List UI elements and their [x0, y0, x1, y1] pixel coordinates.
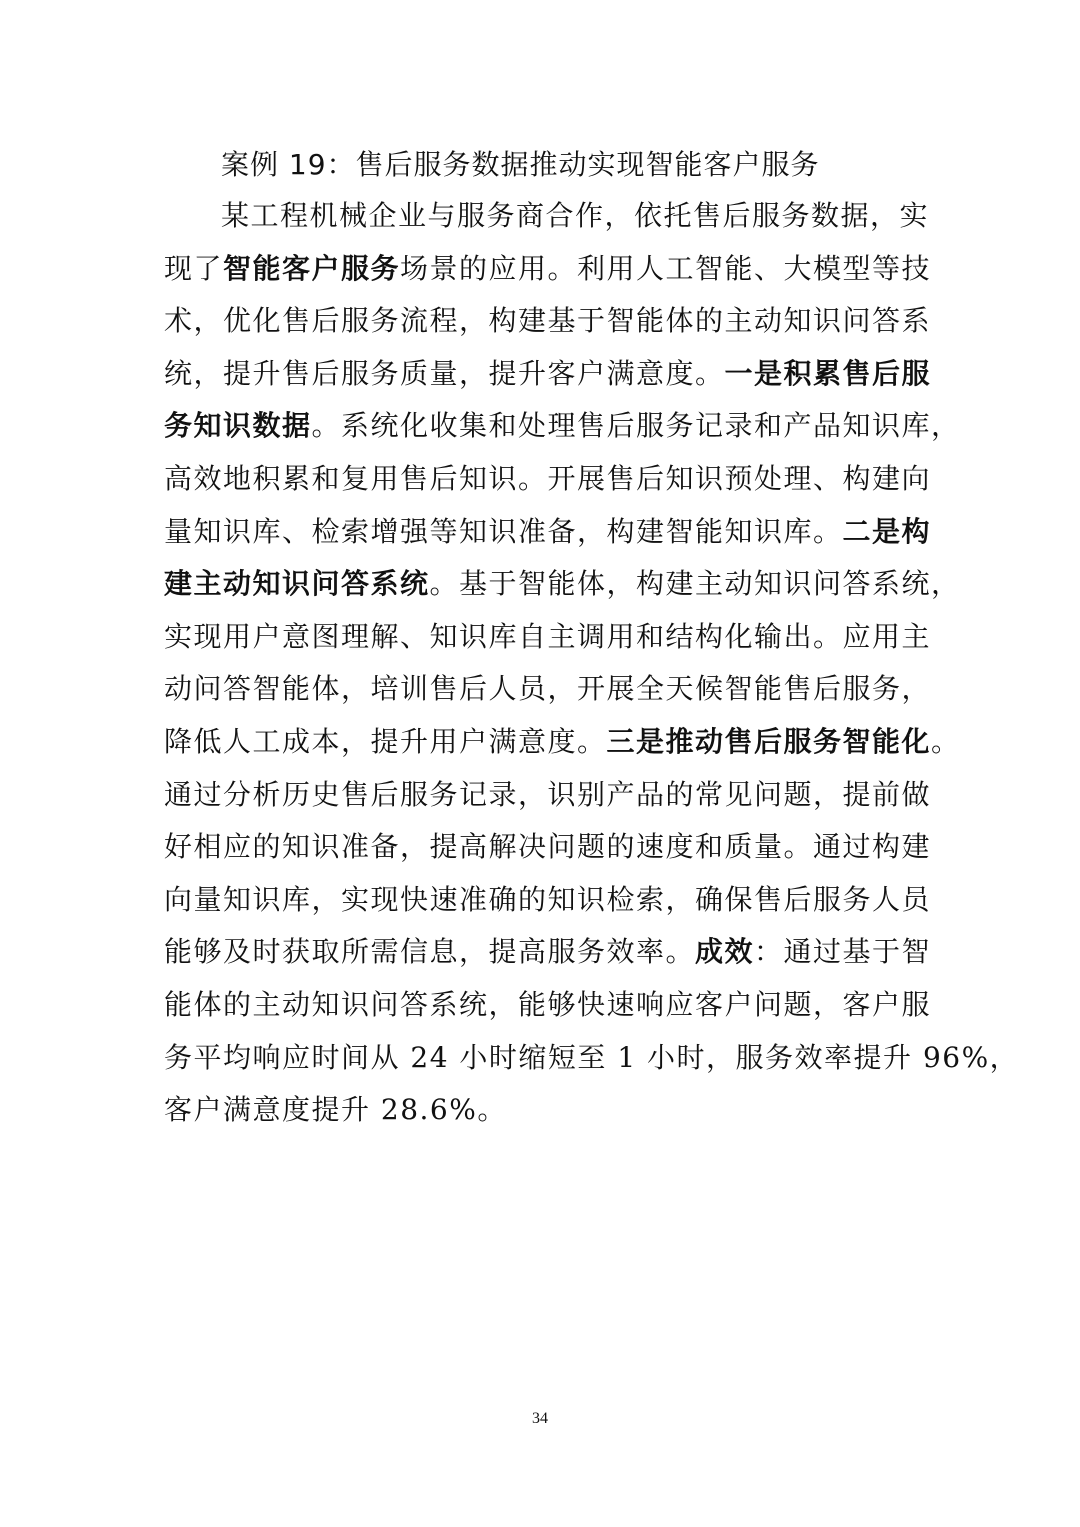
text-run: 某工程机械企业与服务商合作，依托售后服务数据，实	[221, 199, 929, 232]
text-line: 向量知识库，实现快速准确的知识检索，确保售后服务人员	[164, 874, 920, 927]
bold-phrase: 三是推动售后服务智能化	[607, 725, 932, 758]
text-line: 好相应的知识准备，提高解决问题的速度和质量。通过构建	[164, 821, 920, 874]
text-run: 动问答智能体，培训售后人员，开展全天候智能售后服务，	[164, 672, 931, 705]
text-line: 通过分析历史售后服务记录，识别产品的常见问题，提前做	[164, 769, 920, 822]
text-line: 现了智能客户服务场景的应用。利用人工智能、大模型等技	[164, 243, 920, 296]
bold-phrase: 务知识数据	[164, 409, 312, 442]
case-title: 案例 19：售后服务数据推动实现智能客户服务	[221, 140, 820, 190]
text-run: 高效地积累和复用售后知识。开展售后知识预处理、构建向	[164, 462, 931, 495]
text-line: 能体的主动知识问答系统，能够快速响应客户问题，客户服	[164, 979, 920, 1032]
text-run: 能体的主动知识问答系统，能够快速响应客户问题，客户服	[164, 988, 931, 1021]
text-run: 客户满意度提升 28.6%。	[164, 1093, 507, 1126]
text-run: 。基于智能体，构建主动知识问答系统，	[430, 567, 961, 600]
text-run: ：通过基于智	[754, 935, 931, 968]
text-line: 建主动知识问答系统。基于智能体，构建主动知识问答系统，	[164, 558, 920, 611]
text-line: 术，优化售后服务流程，构建基于智能体的主动知识问答系	[164, 295, 920, 348]
text-line: 能够及时获取所需信息，提高服务效率。成效：通过基于智	[164, 926, 920, 979]
case-body: 某工程机械企业与服务商合作，依托售后服务数据，实现了智能客户服务场景的应用。利用…	[164, 190, 920, 1137]
text-run: 现了	[164, 252, 223, 285]
text-run: 向量知识库，实现快速准确的知识检索，确保售后服务人员	[164, 883, 931, 916]
text-line: 统，提升售后服务质量，提升客户满意度。一是积累售后服	[164, 348, 920, 401]
bold-phrase: 成效	[695, 935, 754, 968]
text-line: 某工程机械企业与服务商合作，依托售后服务数据，实	[164, 190, 920, 243]
text-run: 务平均响应时间从 24 小时缩短至 1 小时，服务效率提升 96%，	[164, 1041, 1019, 1074]
text-line: 动问答智能体，培训售后人员，开展全天候智能售后服务，	[164, 663, 920, 716]
text-line: 实现用户意图理解、知识库自主调用和结构化输出。应用主	[164, 611, 920, 664]
bold-phrase: 智能客户服务	[223, 252, 400, 285]
text-line: 高效地积累和复用售后知识。开展售后知识预处理、构建向	[164, 453, 920, 506]
bold-phrase: 建主动知识问答系统	[164, 567, 430, 600]
text-run: 量知识库、检索增强等知识准备，构建智能知识库。	[164, 515, 843, 548]
text-run: 。系统化收集和处理售后服务记录和产品知识库，	[312, 409, 961, 442]
text-run: 能够及时获取所需信息，提高服务效率。	[164, 935, 695, 968]
text-run: 术，优化售后服务流程，构建基于智能体的主动知识问答系	[164, 304, 931, 337]
text-line: 客户满意度提升 28.6%。	[164, 1084, 920, 1137]
text-line: 量知识库、检索增强等知识准备，构建智能知识库。二是构	[164, 506, 920, 559]
text-run: 降低人工成本，提升用户满意度。	[164, 725, 607, 758]
text-run: 。	[931, 725, 961, 758]
bold-phrase: 二是构	[843, 515, 932, 548]
bold-phrase: 一是积累售后服	[725, 357, 932, 390]
text-line: 降低人工成本，提升用户满意度。三是推动售后服务智能化。	[164, 716, 920, 769]
text-run: 通过分析历史售后服务记录，识别产品的常见问题，提前做	[164, 778, 931, 811]
text-run: 实现用户意图理解、知识库自主调用和结构化输出。应用主	[164, 620, 931, 653]
page-number: 34	[0, 1410, 1080, 1428]
text-run: 好相应的知识准备，提高解决问题的速度和质量。通过构建	[164, 830, 931, 863]
text-line: 务知识数据。系统化收集和处理售后服务记录和产品知识库，	[164, 400, 920, 453]
text-run: 场景的应用。利用人工智能、大模型等技	[400, 252, 931, 285]
text-run: 统，提升售后服务质量，提升客户满意度。	[164, 357, 725, 390]
text-line: 务平均响应时间从 24 小时缩短至 1 小时，服务效率提升 96%，	[164, 1032, 920, 1085]
